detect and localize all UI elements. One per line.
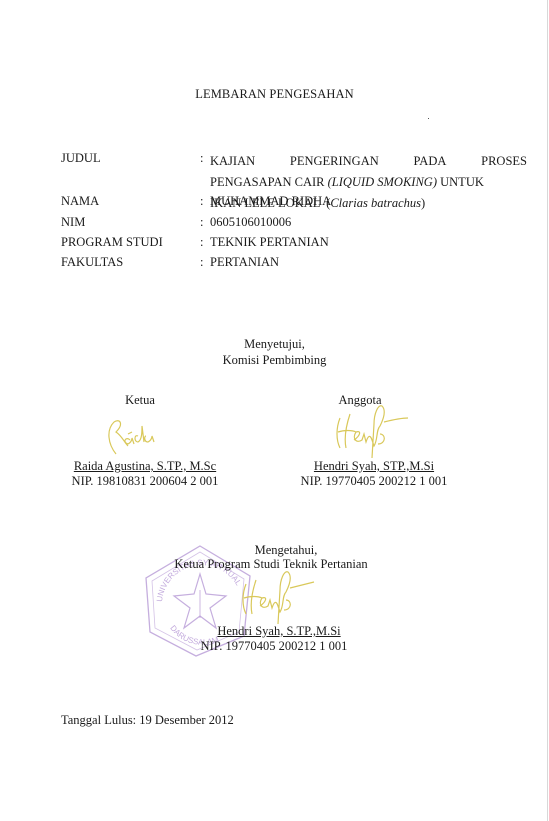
judul-text: PENGASAPAN CAIR — [210, 175, 328, 189]
ketua-signature — [100, 412, 160, 462]
judul-word: PROSES — [481, 151, 527, 172]
ketua-role: Ketua — [55, 393, 225, 408]
judul-italic: (LIQUID SMOKING) — [328, 175, 437, 189]
judul-line-2: PENGASAPAN CAIR (LIQUID SMOKING) UNTUK — [210, 172, 527, 193]
field-value: PERTANIAN — [210, 255, 279, 270]
approval-line-2: Komisi Pembimbing — [0, 352, 549, 368]
field-colon: : — [200, 235, 203, 250]
anggota-name: Hendri Syah, STP.,M.Si — [286, 459, 462, 474]
approval-line-1: Menyetujui, — [0, 336, 549, 352]
judul-text: UNTUK — [437, 175, 484, 189]
field-colon: : — [200, 215, 203, 230]
field-value: MUHAMMAD RIDHA — [210, 194, 331, 209]
anggota-name-block: Hendri Syah, STP.,M.Si NIP. 19770405 200… — [286, 459, 462, 489]
kaprodi-name-block: Hendri Syah, S.TP.,M.Si NIP. 19770405 20… — [186, 624, 362, 654]
judul-word: PENGERINGAN — [290, 151, 379, 172]
page-title: LEMBARAN PENGESAHAN — [0, 87, 549, 102]
judul-text: ) — [421, 196, 425, 210]
approval-heading: Menyetujui, Komisi Pembimbing — [0, 336, 549, 368]
field-value: TEKNIK PERTANIAN — [210, 235, 329, 250]
page-edge — [547, 0, 548, 821]
kaprodi-nip: NIP. 19770405 200212 1 001 — [186, 639, 362, 654]
judul-line-1: KAJIAN PENGERINGAN PADA PROSES — [210, 151, 527, 172]
field-label: JUDUL — [61, 151, 101, 166]
field-label: FAKULTAS — [61, 255, 123, 270]
field-colon: : — [200, 255, 203, 270]
anggota-signature — [330, 400, 410, 462]
graduation-date: Tanggal Lulus: 19 Desember 2012 — [61, 713, 234, 728]
kaprodi-signature — [236, 566, 316, 628]
anggota-nip: NIP. 19770405 200212 1 001 — [286, 474, 462, 489]
kaprodi-name: Hendri Syah, S.TP.,M.Si — [186, 624, 362, 639]
species-name: Clarias batrachus — [330, 196, 421, 210]
kaprodi-line-1: Mengetahui, — [160, 543, 382, 557]
field-value: 0605106010006 — [210, 215, 291, 230]
field-colon: : — [200, 151, 203, 166]
field-label: NIM — [61, 215, 85, 230]
field-label: NAMA — [61, 194, 99, 209]
judul-word: KAJIAN — [210, 151, 255, 172]
ketua-name-block: Raida Agustina, S.TP., M.Sc NIP. 1981083… — [60, 459, 230, 489]
scan-speck — [428, 118, 429, 119]
ketua-name: Raida Agustina, S.TP., M.Sc — [60, 459, 230, 474]
ketua-nip: NIP. 19810831 200604 2 001 — [60, 474, 230, 489]
field-label: PROGRAM STUDI — [61, 235, 163, 250]
judul-word: PADA — [414, 151, 447, 172]
field-colon: : — [200, 194, 203, 209]
